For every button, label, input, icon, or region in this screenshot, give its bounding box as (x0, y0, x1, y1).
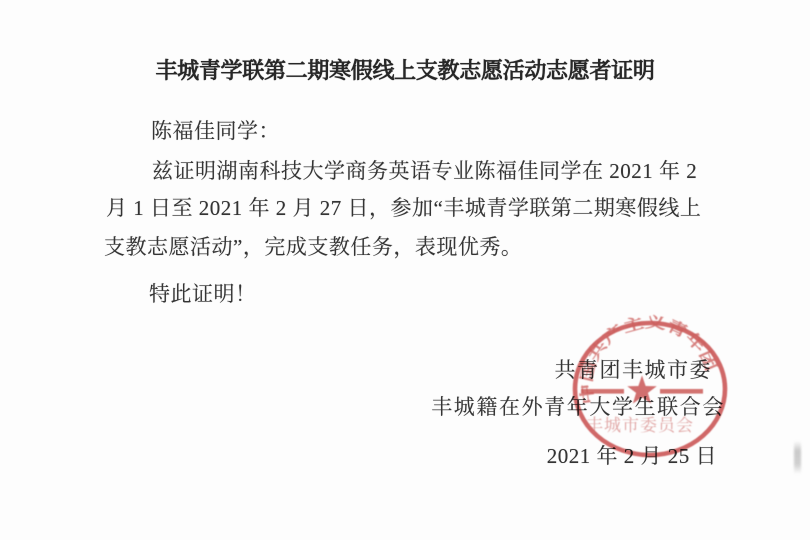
signature-date: 2021 年 2 月 25 日 (547, 445, 717, 468)
body-line-1: 兹证明湖南科技大学商务英语专业陈福佳同学在 2021 年 2 (152, 160, 697, 183)
body-line-3: 支教志愿活动”，完成支教任务，表现优秀。 (104, 236, 522, 259)
seal-border (575, 323, 725, 455)
seal-right-bar (660, 389, 703, 394)
closing-line: 特此证明！ (149, 283, 257, 306)
signature-org-line-2: 丰城籍在外青年大学生联合会 (431, 396, 725, 419)
salutation-line: 陈福佳同学： (151, 120, 280, 143)
seal-left-bar (581, 389, 624, 394)
signature-org-line-1: 共青团丰城市委 (555, 359, 713, 382)
body-line-2: 月 1 日至 2021 年 2 月 27 日，参加“丰城青学联第二期寒假线上 (106, 197, 701, 220)
certificate-page: 丰城青学联第二期寒假线上支教志愿活动志愿者证明 陈福佳同学： 兹证明湖南科技大学… (0, 0, 810, 540)
scan-edge-artifact (794, 441, 801, 474)
certificate-title: 丰城青学联第二期寒假线上支教志愿活动志愿者证明 (0, 54, 810, 85)
